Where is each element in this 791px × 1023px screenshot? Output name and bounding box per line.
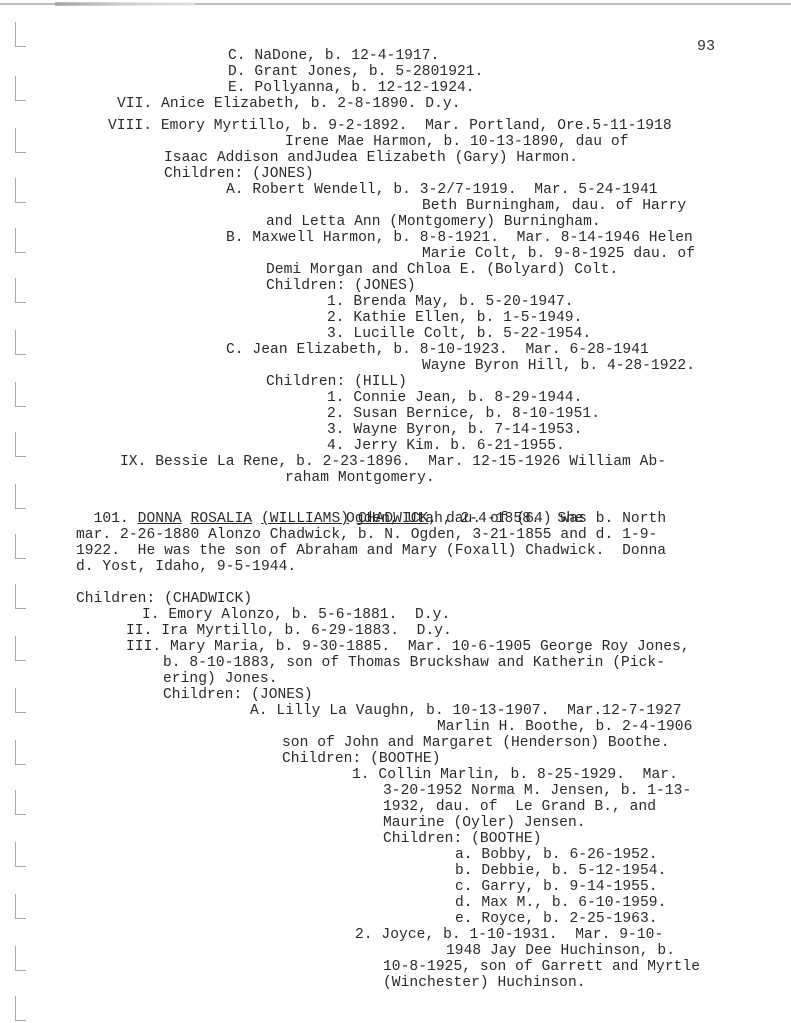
given-name: DONNA <box>138 511 182 527</box>
text-line: Irene Mae Harmon, b. 10-13-1890, dau of <box>285 134 629 150</box>
text-line: (Winchester) Huchinson. <box>383 975 586 991</box>
binder-mark <box>15 534 26 559</box>
text-line: raham Montgomery. <box>285 470 435 486</box>
text-line: b. 8-10-1883, son of Thomas Bruckshaw an… <box>163 655 665 671</box>
text-line: C. Jean Elizabeth, b. 8-10-1923. Mar. 6-… <box>226 342 649 358</box>
text-line: a. Bobby, b. 6-26-1952. <box>455 847 658 863</box>
text-line: Isaac Addison andJudea Elizabeth (Gary) … <box>164 150 578 166</box>
entry-number: 101. <box>94 511 129 527</box>
text-line: D. Grant Jones, b. 5-2801921. <box>228 64 483 80</box>
text-line: and Letta Ann (Montgomery) Burningham. <box>266 214 601 230</box>
text-line: VII. Anice Elizabeth, b. 2-8-1890. D.y. <box>117 96 461 112</box>
binder-mark <box>15 76 26 101</box>
text-line: Children: (BOOTHE) <box>383 831 542 847</box>
text-line: 3. Lucille Colt, b. 5-22-1954. <box>327 326 591 342</box>
binder-mark <box>15 790 26 815</box>
text-line: 10-8-1925, son of Garrett and Myrtle <box>383 959 700 975</box>
binder-mark <box>15 278 26 303</box>
binder-mark <box>15 484 26 509</box>
text-line: I. Emory Alonzo, b. 5-6-1881. D.y. <box>142 607 450 623</box>
text-line: 3. Wayne Byron, b. 7-14-1953. <box>327 422 582 438</box>
text-line: 1922. He was the son of Abraham and Mary… <box>76 543 666 559</box>
text-line: Children: (CHADWICK) <box>76 591 252 607</box>
binder-mark <box>15 740 26 765</box>
text-line: ering) Jones. <box>163 671 278 687</box>
page-number: 93 <box>697 38 715 55</box>
text-line: E. Pollyanna, b. 12-12-1924. <box>228 80 475 96</box>
binder-mark <box>15 894 26 919</box>
text-line: Marlin H. Boothe, b. 2-4-1906 <box>437 719 692 735</box>
binder-mark <box>15 330 26 355</box>
text-line: Children: (BOOTHE) <box>282 751 441 767</box>
binder-mark <box>15 636 26 661</box>
text-line: d. Yost, Idaho, 9-5-1944. <box>76 559 296 575</box>
text-line: IX. Bessie La Rene, b. 2-23-1896. Mar. 1… <box>120 454 666 470</box>
text-line: 1948 Jay Dee Huchinson, b. <box>446 943 675 959</box>
text-line: e. Royce, b. 2-25-1963. <box>455 911 658 927</box>
text-line: II. Ira Myrtillo, b. 6-29-1883. D.y. <box>126 623 452 639</box>
middle-name: ROSALIA <box>191 511 253 527</box>
binder-mark <box>15 382 26 407</box>
surname: CHADWICK <box>358 511 428 527</box>
text-line: Beth Burningham, dau. of Harry <box>422 198 686 214</box>
entry-heading-rest: , dau. of (64) was b. North <box>428 511 666 527</box>
text-line: son of John and Margaret (Henderson) Boo… <box>282 735 670 751</box>
binder-mark <box>15 432 26 457</box>
maiden-name: (WILLIAMS) <box>261 511 349 527</box>
text-line: A. Robert Wendell, b. 3-2/7-1919. Mar. 5… <box>226 182 658 198</box>
text-line: b. Debbie, b. 5-12-1954. <box>455 863 666 879</box>
text-line: 2. Kathie Ellen, b. 1-5-1949. <box>327 310 582 326</box>
entry-101-heading: 101. DONNA ROSALIA (WILLIAMS) CHADWICK, … <box>76 495 666 527</box>
binder-mark <box>15 842 26 867</box>
binder-mark <box>15 178 26 203</box>
binder-mark <box>15 996 26 1021</box>
text-line: Children: (JONES) <box>163 687 313 703</box>
text-line: 1. Collin Marlin, b. 8-25-1929. Mar. <box>352 767 678 783</box>
text-line: B. Maxwell Harmon, b. 8-8-1921. Mar. 8-1… <box>226 230 693 246</box>
text-line: 1. Brenda May, b. 5-20-1947. <box>327 294 574 310</box>
text-line: Children: (JONES) <box>266 278 416 294</box>
text-line: c. Garry, b. 9-14-1955. <box>455 879 658 895</box>
text-line: mar. 2-26-1880 Alonzo Chadwick, b. N. Og… <box>76 527 657 543</box>
binder-mark <box>15 688 26 713</box>
text-line: A. Lilly La Vaughn, b. 10-13-1907. Mar.1… <box>250 703 682 719</box>
text-line: 2. Susan Bernice, b. 8-10-1951. <box>327 406 600 422</box>
text-line: 1932, dau. of Le Grand B., and <box>383 799 656 815</box>
text-line: VIII. Emory Myrtillo, b. 9-2-1892. Mar. … <box>108 118 672 134</box>
text-line: Children: (JONES) <box>164 166 314 182</box>
text-line: 4. Jerry Kim. b. 6-21-1955. <box>327 438 565 454</box>
scan-smudge <box>55 2 195 6</box>
binder-mark <box>15 22 26 47</box>
text-line: Wayne Byron Hill, b. 4-28-1922. <box>422 358 695 374</box>
binder-mark <box>15 228 26 253</box>
text-line: d. Max M., b. 6-10-1959. <box>455 895 666 911</box>
text-line: III. Mary Maria, b. 9-30-1885. Mar. 10-6… <box>126 639 690 655</box>
text-line: Demi Morgan and Chloa E. (Bolyard) Colt. <box>266 262 618 278</box>
text-line: 2. Joyce, b. 1-10-1931. Mar. 9-10- <box>355 927 663 943</box>
text-line: 1. Connie Jean, b. 8-29-1944. <box>327 390 582 406</box>
text-line: 3-20-1952 Norma M. Jensen, b. 1-13- <box>383 783 691 799</box>
binder-mark <box>15 946 26 971</box>
text-line: Marie Colt, b. 9-8-1925 dau. of <box>422 246 695 262</box>
binder-mark <box>15 584 26 609</box>
text-line: Children: (HILL) <box>266 374 407 390</box>
binder-mark <box>15 128 26 153</box>
text-line: Maurine (Oyler) Jensen. <box>383 815 586 831</box>
text-line: C. NaDone, b. 12-4-1917. <box>228 48 439 64</box>
